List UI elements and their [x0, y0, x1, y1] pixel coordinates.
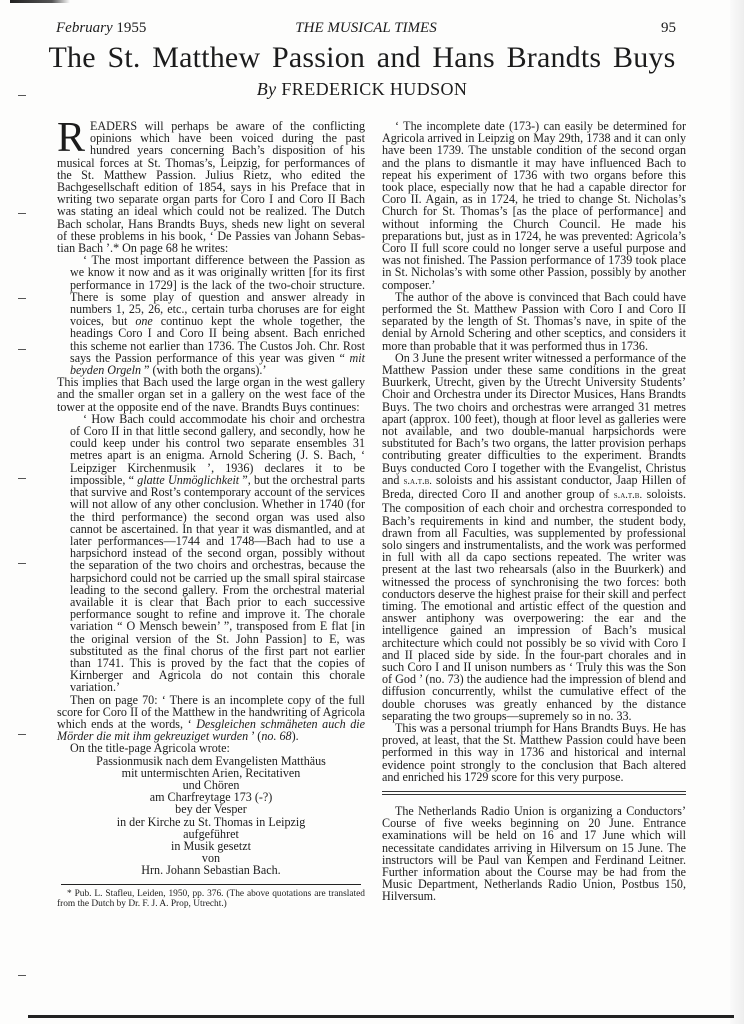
- byline: By FREDERICK HUDSON: [0, 78, 724, 100]
- block-quote: ‘ How Bach could accommodate his choir a…: [70, 413, 365, 694]
- margin-mark: [18, 298, 26, 299]
- page-bottom-rule: [28, 1015, 734, 1018]
- left-column: READERS will perhaps be aware of the con…: [57, 120, 365, 910]
- running-head: February 1955 THE MUSICAL TIMES 95: [56, 20, 676, 40]
- page-edge-mark: [10, 0, 70, 3]
- margin-mark: [18, 563, 26, 564]
- paragraph: This implies that Bach used the large or…: [57, 376, 365, 413]
- title-page-line: in der Kirche zu St. Thomas in Leipzig: [57, 816, 365, 828]
- opening-paragraph: READERS will perhaps be aware of the con…: [57, 120, 365, 254]
- block-quote: ‘ The most important difference between …: [70, 254, 365, 376]
- title-page-line: Passionmusik nach dem Evangelisten Matth…: [57, 755, 365, 767]
- title-page-line: Hrn. Johann Sebastian Bach.: [57, 864, 365, 876]
- page-gutter-shadow: [730, 0, 744, 1024]
- footnote-divider: [61, 884, 361, 885]
- margin-mark: [18, 975, 26, 976]
- margin-mark: [18, 213, 26, 214]
- paragraph: This was a personal triumph for Hans Bra…: [382, 722, 686, 783]
- page-number: 95: [661, 20, 676, 37]
- section-divider: [382, 791, 686, 795]
- title-page-line: bey der Vesper: [57, 803, 365, 815]
- margin-mark: [18, 478, 26, 479]
- notice-paragraph: The Netherlands Radio Union is organizin…: [382, 805, 686, 903]
- block-quote: ‘ The incomplete date (173-) can easily …: [382, 120, 686, 291]
- paragraph: The author of the above is convinced tha…: [382, 291, 686, 352]
- right-column: ‘ The incomplete date (173-) can easily …: [382, 120, 686, 903]
- paragraph: Then on page 70: ‘ There is an incomplet…: [57, 694, 365, 743]
- title-page-transcription: Passionmusik nach dem Evangelisten Matth…: [57, 755, 365, 877]
- author-name: FREDERICK HUDSON: [281, 79, 467, 99]
- article-title: The St. Matthew Passion and Hans Brandts…: [0, 40, 724, 76]
- margin-mark: [18, 734, 26, 735]
- paragraph: On 3 June the present writer witnessed a…: [382, 352, 686, 722]
- footnote: * Pub. L. Stafleu, Leiden, 1950, pp. 376…: [57, 889, 365, 910]
- drop-cap: R: [57, 121, 85, 155]
- journal-name: THE MUSICAL TIMES: [56, 20, 676, 37]
- margin-mark: [18, 349, 26, 350]
- paragraph: On the title-page Agricola wrote:: [57, 742, 365, 754]
- byline-prefix: By: [257, 79, 277, 99]
